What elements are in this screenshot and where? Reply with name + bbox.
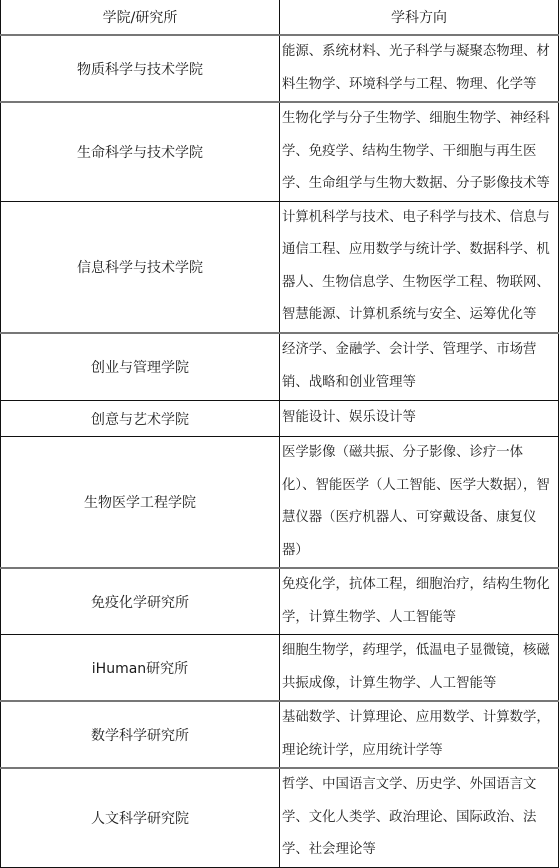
school-name: 免疫化学研究所 xyxy=(1,568,280,635)
school-direction: 智能设计、娱乐设计等 xyxy=(280,401,559,437)
table-row: 生物医学工程学院 医学影像（磁共振、分子影像、诊疗一体化）、智能医学（人工智能、… xyxy=(1,437,559,569)
school-direction: 能源、系统材料、光子科学与凝聚态物理、材料生物学、环境科学与工程、物理、化学等 xyxy=(280,35,559,102)
school-name: 生命科学与技术学院 xyxy=(1,102,280,201)
school-direction: 生物化学与分子生物学、细胞生物学、神经科学、免疫学、结构生物学、干细胞与再生医学… xyxy=(280,102,559,201)
header-row: 学院/研究所 学科方向 xyxy=(1,0,559,35)
table-row: 免疫化学研究所 免疫化学，抗体工程，细胞治疗，结构生物化学，计算生物学、人工智能… xyxy=(1,568,559,635)
header-direction: 学科方向 xyxy=(280,0,559,35)
school-direction: 免疫化学，抗体工程，细胞治疗，结构生物化学，计算生物学、人工智能等 xyxy=(280,568,559,635)
school-name: iHuman研究所 xyxy=(1,635,280,702)
school-direction: 医学影像（磁共振、分子影像、诊疗一体化）、智能医学（人工智能、医学大数据），智慧… xyxy=(280,437,559,569)
school-direction: 计算机科学与技术、电子科学与技术、信息与通信工程、应用数学与统计学、数据科学、机… xyxy=(280,201,559,333)
table-row: 物质科学与技术学院 能源、系统材料、光子科学与凝聚态物理、材料生物学、环境科学与… xyxy=(1,35,559,102)
school-name: 创意与艺术学院 xyxy=(1,401,280,437)
school-direction: 基础数学、计算理论、应用数学、计算数学，理论统计学，应用统计学等 xyxy=(280,701,559,768)
school-name: 生物医学工程学院 xyxy=(1,437,280,569)
school-name: 人文科学研究院 xyxy=(1,768,280,797)
table-row: 创业与管理学院 经济学、金融学、会计学、管理学、市场营销、战略和创业管理等 xyxy=(1,333,559,401)
header-school: 学院/研究所 xyxy=(1,0,280,35)
school-name: 信息科学与技术学院 xyxy=(1,201,280,333)
school-direction: 细胞生物学，药理学，低温电子显微镜，核磁共振成像，计算生物学、人工智能等 xyxy=(280,635,559,702)
school-name: 创业与管理学院 xyxy=(1,333,280,401)
table-row: 人文科学研究院 哲学、中国语言文学、历史学、外国语言文学、文化人类学、政治理论、… xyxy=(1,768,559,797)
table-row: iHuman研究所 细胞生物学，药理学，低温电子显微镜，核磁共振成像，计算生物学… xyxy=(1,635,559,702)
table-row: 创意与艺术学院 智能设计、娱乐设计等 xyxy=(1,401,559,437)
school-name: 数学科学研究所 xyxy=(1,701,280,768)
table-row: 数学科学研究所 基础数学、计算理论、应用数学、计算数学，理论统计学，应用统计学等 xyxy=(1,701,559,768)
schools-table: 学院/研究所 学科方向 物质科学与技术学院 能源、系统材料、光子科学与凝聚态物理… xyxy=(0,0,559,797)
table-row: 生命科学与技术学院 生物化学与分子生物学、细胞生物学、神经科学、免疫学、结构生物… xyxy=(1,102,559,201)
school-direction: 哲学、中国语言文学、历史学、外国语言文学、文化人类学、政治理论、国际政治、法学、… xyxy=(280,768,559,797)
school-direction: 经济学、金融学、会计学、管理学、市场营销、战略和创业管理等 xyxy=(280,333,559,401)
school-name: 物质科学与技术学院 xyxy=(1,35,280,102)
table-row: 信息科学与技术学院 计算机科学与技术、电子科学与技术、信息与通信工程、应用数学与… xyxy=(1,201,559,333)
